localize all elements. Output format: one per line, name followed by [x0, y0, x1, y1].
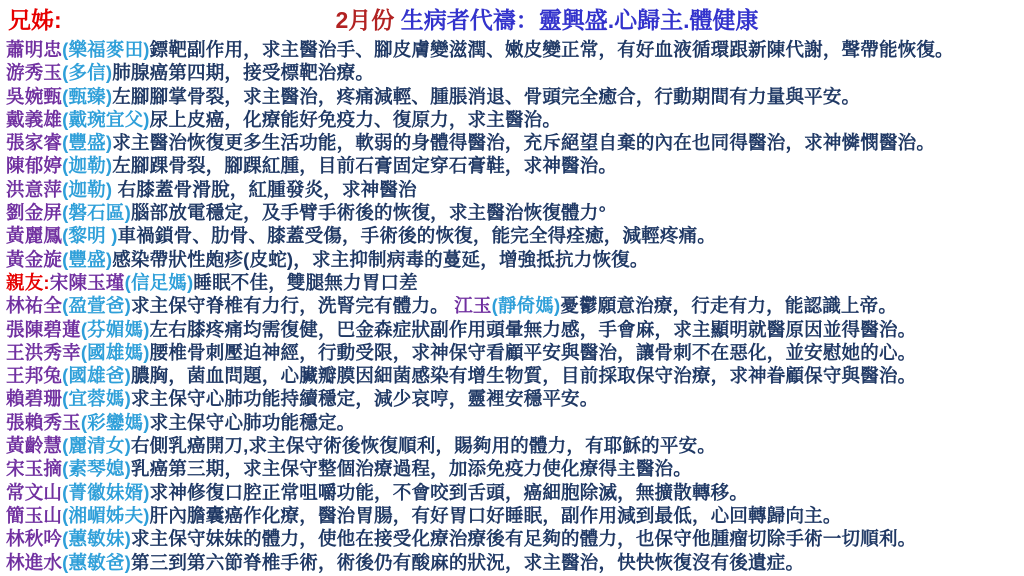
prayer-text: 右膝蓋骨滑脫，紅腫發炎，求神醫治 — [112, 179, 417, 200]
group-name: (戴琬宜父) — [62, 109, 150, 130]
title-text: 生病者代禱：靈興盛.心歸主.體健康 — [401, 7, 759, 33]
person-name: 黃齡慧 — [6, 435, 62, 456]
person-name: 林秋吟 — [6, 528, 62, 549]
person-name: 蕭明忠 — [6, 39, 62, 60]
prayer-line: 吳婉甄(甄臻)左腳腳掌骨裂，求主醫治，疼痛減輕、腫脹消退、骨頭完全癒合，行動期間… — [6, 85, 1018, 108]
prayer-text: 求主保守妹妹的體力，使他在接受化療治療後有足夠的體力，也保守他腫瘤切除手術一切順… — [131, 528, 916, 549]
prayer-text: 乳癌第三期，求主保守整個治療過程，加添免疫力使化療得主醫治。 — [131, 458, 692, 479]
prayer-line: 戴義雄(戴琬宜父)尿上皮癌，化療能好免疫力、復原力，求主醫治。 — [6, 108, 1018, 131]
group-name: (菁徽妹婿) — [62, 482, 150, 503]
person-name: 王邦兔 — [6, 365, 62, 386]
audience-label: 兄姊: — [8, 4, 62, 36]
group-name: (甄臻) — [62, 86, 112, 107]
person-name: 王洪秀幸 — [6, 342, 81, 363]
person-name: 黃金旋 — [6, 249, 62, 270]
person-name: 林祐全 — [6, 295, 62, 316]
group-name: (迦勒) — [62, 179, 112, 200]
prayer-text: 感染帶狀性皰疹(皮蛇)，求主抑制病毒的蔓延，增強抵抗力恢復。 — [112, 249, 648, 270]
prayer-text: 求主醫治恢復更多生活功能，軟弱的身體得醫治，充斥絕望自棄的內在也同得醫治，求神憐… — [112, 132, 935, 153]
person-name: 戴義雄 — [6, 109, 62, 130]
group-name: (多信) — [62, 62, 112, 83]
prayer-line: 賴碧珊(宜蓉媽)求主保守心肺功能持續穩定，減少哀哼，靈裡安穩平安。 — [6, 387, 1018, 410]
group-name: (磐石區) — [62, 202, 131, 223]
prayer-line: 親友:宋陳玉瑾(信足媽)睡眠不佳，雙腿無力胃口差 — [6, 271, 1018, 294]
prayer-line: 游秀玉(多信)肺腺癌第四期，接受標靶治療。 — [6, 61, 1018, 84]
prayer-line: 王洪秀幸(國雄媽)腰椎骨刺壓迫神經，行動受限，求神保守看顧平安與醫治，讓骨刺不在… — [6, 341, 1018, 364]
page-title: 2月份 生病者代禱：靈興盛.心歸主.體健康 — [6, 4, 1018, 36]
group-name: (素琴媳) — [62, 458, 131, 479]
person-name: 游秀玉 — [6, 62, 62, 83]
prayer-text: 左腳踝骨裂，腳踝紅腫，目前石膏固定穿石膏鞋，求神醫治。 — [112, 155, 617, 176]
person-name: 江玉 — [454, 295, 491, 316]
group-name: (國雄媽) — [81, 342, 150, 363]
prayer-text: 腦部放電穩定，及手臂手術後的恢復，求主醫治恢復體力° — [131, 202, 606, 223]
prayer-line: 林祐全(盈萱爸)求主保守脊椎有力行，洗腎完有體力。 江玉(靜倚媽)憂鬱願意治療，… — [6, 294, 1018, 317]
group-name: (彩鑾媽) — [81, 412, 150, 433]
person-name: 林進水 — [6, 552, 62, 573]
prayer-text: 膿胸，菌血問題，心臟瓣膜因細菌感染有增生物質，目前採取保守治療，求神眷顧保守與醫… — [131, 365, 916, 386]
prayer-text: 肝內膽囊癌作化療，醫治胃腸，有好胃口好睡眠，副作用減到最低，心回轉歸向主。 — [150, 505, 842, 526]
prayer-text: 尿上皮癌，化療能好免疫力、復原力，求主醫治。 — [150, 109, 561, 130]
prayer-text: 睡眠不佳，雙腿無力胃口差 — [193, 272, 417, 293]
person-name: 簡玉山 — [6, 505, 62, 526]
prayer-line: 常文山(菁徽妹婿)求神修復口腔正常咀嚼功能，不會咬到舌頭，癌細胞除滅，無擴散轉移… — [6, 481, 1018, 504]
prayer-text: 肺腺癌第四期，接受標靶治療。 — [112, 62, 374, 83]
prayer-text: 左腳腳掌骨裂，求主醫治，疼痛減輕、腫脹消退、骨頭完全癒合，行動期間有力量與平安。 — [112, 86, 860, 107]
prayer-text: 右側乳癌開刀,求主保守術後恢復順利，賜夠用的體力，有耶穌的平安。 — [131, 435, 716, 456]
group-name: (蕙敏妹) — [62, 528, 131, 549]
person-name: 賴碧珊 — [6, 388, 62, 409]
prayer-text: 左右膝疼痛均需復健，巴金森症狀副作用頭暈無力感，手會麻，求主顯明就醫原因並得醫治… — [150, 319, 917, 340]
person-name: 張賴秀玉 — [6, 412, 81, 433]
prayer-line: 宋玉摘(素琴媳)乳癌第三期，求主保守整個治療過程，加添免疫力使化療得主醫治。 — [6, 457, 1018, 480]
group-name: (樂福麥田) — [62, 39, 150, 60]
person-name: 黃麗鳳 — [6, 225, 62, 246]
prayer-line: 黃齡慧(麗清女)右側乳癌開刀,求主保守術後恢復順利，賜夠用的體力，有耶穌的平安。 — [6, 434, 1018, 457]
group-name: (宜蓉媽) — [62, 388, 131, 409]
prayer-text: 車禍鎖骨、肋骨、膝蓋受傷，手術後的恢復，能完全得痊癒，減輕疼痛。 — [118, 225, 716, 246]
prayer-text: 求主保守心肺功能穩定。 — [150, 412, 356, 433]
prayer-line: 黃麗鳳(黎明 )車禍鎖骨、肋骨、膝蓋受傷，手術後的恢復，能完全得痊癒，減輕疼痛。 — [6, 224, 1018, 247]
person-name: 常文山 — [6, 482, 62, 503]
prayer-text: 鏢靶副作用，求主醫治手、腳皮膚變滋潤、嫩皮變正常，有好血液循環跟新陳代謝，聲帶能… — [150, 39, 954, 60]
person-name: 張家睿 — [6, 132, 62, 153]
prayer-line: 張家睿(豐盛)求主醫治恢復更多生活功能，軟弱的身體得醫治，充斥絕望自棄的內在也同… — [6, 131, 1018, 154]
prayer-line: 洪意萍(迦勒) 右膝蓋骨滑脫，紅腫發炎，求神醫治 — [6, 178, 1018, 201]
person-name: 劉金屏 — [6, 202, 62, 223]
prayer-list: 蕭明忠(樂福麥田)鏢靶副作用，求主醫治手、腳皮膚變滋潤、嫩皮變正常，有好血液循環… — [6, 38, 1018, 574]
prayer-line: 黃金旋(豐盛)感染帶狀性皰疹(皮蛇)，求主抑制病毒的蔓延，增強抵抗力恢復。 — [6, 248, 1018, 271]
person-name: 宋玉摘 — [6, 458, 62, 479]
prayer-text: 腰椎骨刺壓迫神經，行動受限，求神保守看顧平安與醫治，讓骨刺不在惡化，並安慰她的心… — [150, 342, 917, 363]
group-name: (盈萱爸) — [62, 295, 131, 316]
prayer-line: 陳郁婷(迦勒)左腳踝骨裂，腳踝紅腫，目前石膏固定穿石膏鞋，求神醫治。 — [6, 154, 1018, 177]
person-name: 吳婉甄 — [6, 86, 62, 107]
group-name: (迦勒) — [62, 155, 112, 176]
slide: 兄姊: 2月份 生病者代禱：靈興盛.心歸主.體健康 蕭明忠(樂福麥田)鏢靶副作用… — [0, 0, 1024, 576]
group-name: (蕙敏爸) — [62, 552, 131, 573]
group-name: (芬媚媽) — [81, 319, 150, 340]
person-name: 宋陳玉瑾 — [50, 272, 125, 293]
prayer-line: 張陳碧蓮(芬媚媽)左右膝疼痛均需復健，巴金森症狀副作用頭暈無力感，手會麻，求主顯… — [6, 318, 1018, 341]
prayer-line: 林秋吟(蕙敏妹)求主保守妹妹的體力，使他在接受化療治療後有足夠的體力，也保守他腫… — [6, 527, 1018, 550]
prayer-line: 簡玉山(湘嵋姊夫)肝內膽囊癌作化療，醫治胃腸，有好胃口好睡眠，副作用減到最低，心… — [6, 504, 1018, 527]
person-name: 張陳碧蓮 — [6, 319, 81, 340]
group-name: (國雄爸) — [62, 365, 131, 386]
prayer-line: 蕭明忠(樂福麥田)鏢靶副作用，求主醫治手、腳皮膚變滋潤、嫩皮變正常，有好血液循環… — [6, 38, 1018, 61]
person-name: 陳郁婷 — [6, 155, 62, 176]
prayer-text: 求神修復口腔正常咀嚼功能，不會咬到舌頭，癌細胞除滅，無擴散轉移。 — [150, 482, 748, 503]
group-name: (靜倚媽) — [492, 295, 561, 316]
group-name: (信足媽) — [125, 272, 194, 293]
group-name: (黎明 ) — [62, 225, 117, 246]
group-name: (湘嵋姊夫) — [62, 505, 150, 526]
person-name: 洪意萍 — [6, 179, 62, 200]
group-name: (豐盛) — [62, 132, 112, 153]
group-name: (豐盛) — [62, 249, 112, 270]
month-label: 2月份 — [336, 7, 401, 33]
prayer-text: 求主保守心肺功能持續穩定，減少哀哼，靈裡安穩平安。 — [131, 388, 599, 409]
prayer-text: 憂鬱願意治療，行走有力，能認識上帝。 — [560, 295, 897, 316]
prayer-text: 第三到第六節脊椎手術，術後仍有酸麻的狀況，求主醫治，快快恢復沒有後遺症。 — [131, 552, 804, 573]
prayer-line: 劉金屏(磐石區)腦部放電穩定，及手臂手術後的恢復，求主醫治恢復體力° — [6, 201, 1018, 224]
prayer-text: 求主保守脊椎有力行，洗腎完有體力。 — [131, 295, 454, 316]
prayer-line: 林進水(蕙敏爸)第三到第六節脊椎手術，術後仍有酸麻的狀況，求主醫治，快快恢復沒有… — [6, 551, 1018, 574]
section-label: 親友: — [6, 272, 50, 293]
group-name: (麗清女) — [62, 435, 131, 456]
prayer-line: 王邦兔(國雄爸)膿胸，菌血問題，心臟瓣膜因細菌感染有增生物質，目前採取保守治療，… — [6, 364, 1018, 387]
header: 兄姊: 2月份 生病者代禱：靈興盛.心歸主.體健康 — [6, 4, 1018, 36]
prayer-line: 張賴秀玉(彩鑾媽)求主保守心肺功能穩定。 — [6, 411, 1018, 434]
